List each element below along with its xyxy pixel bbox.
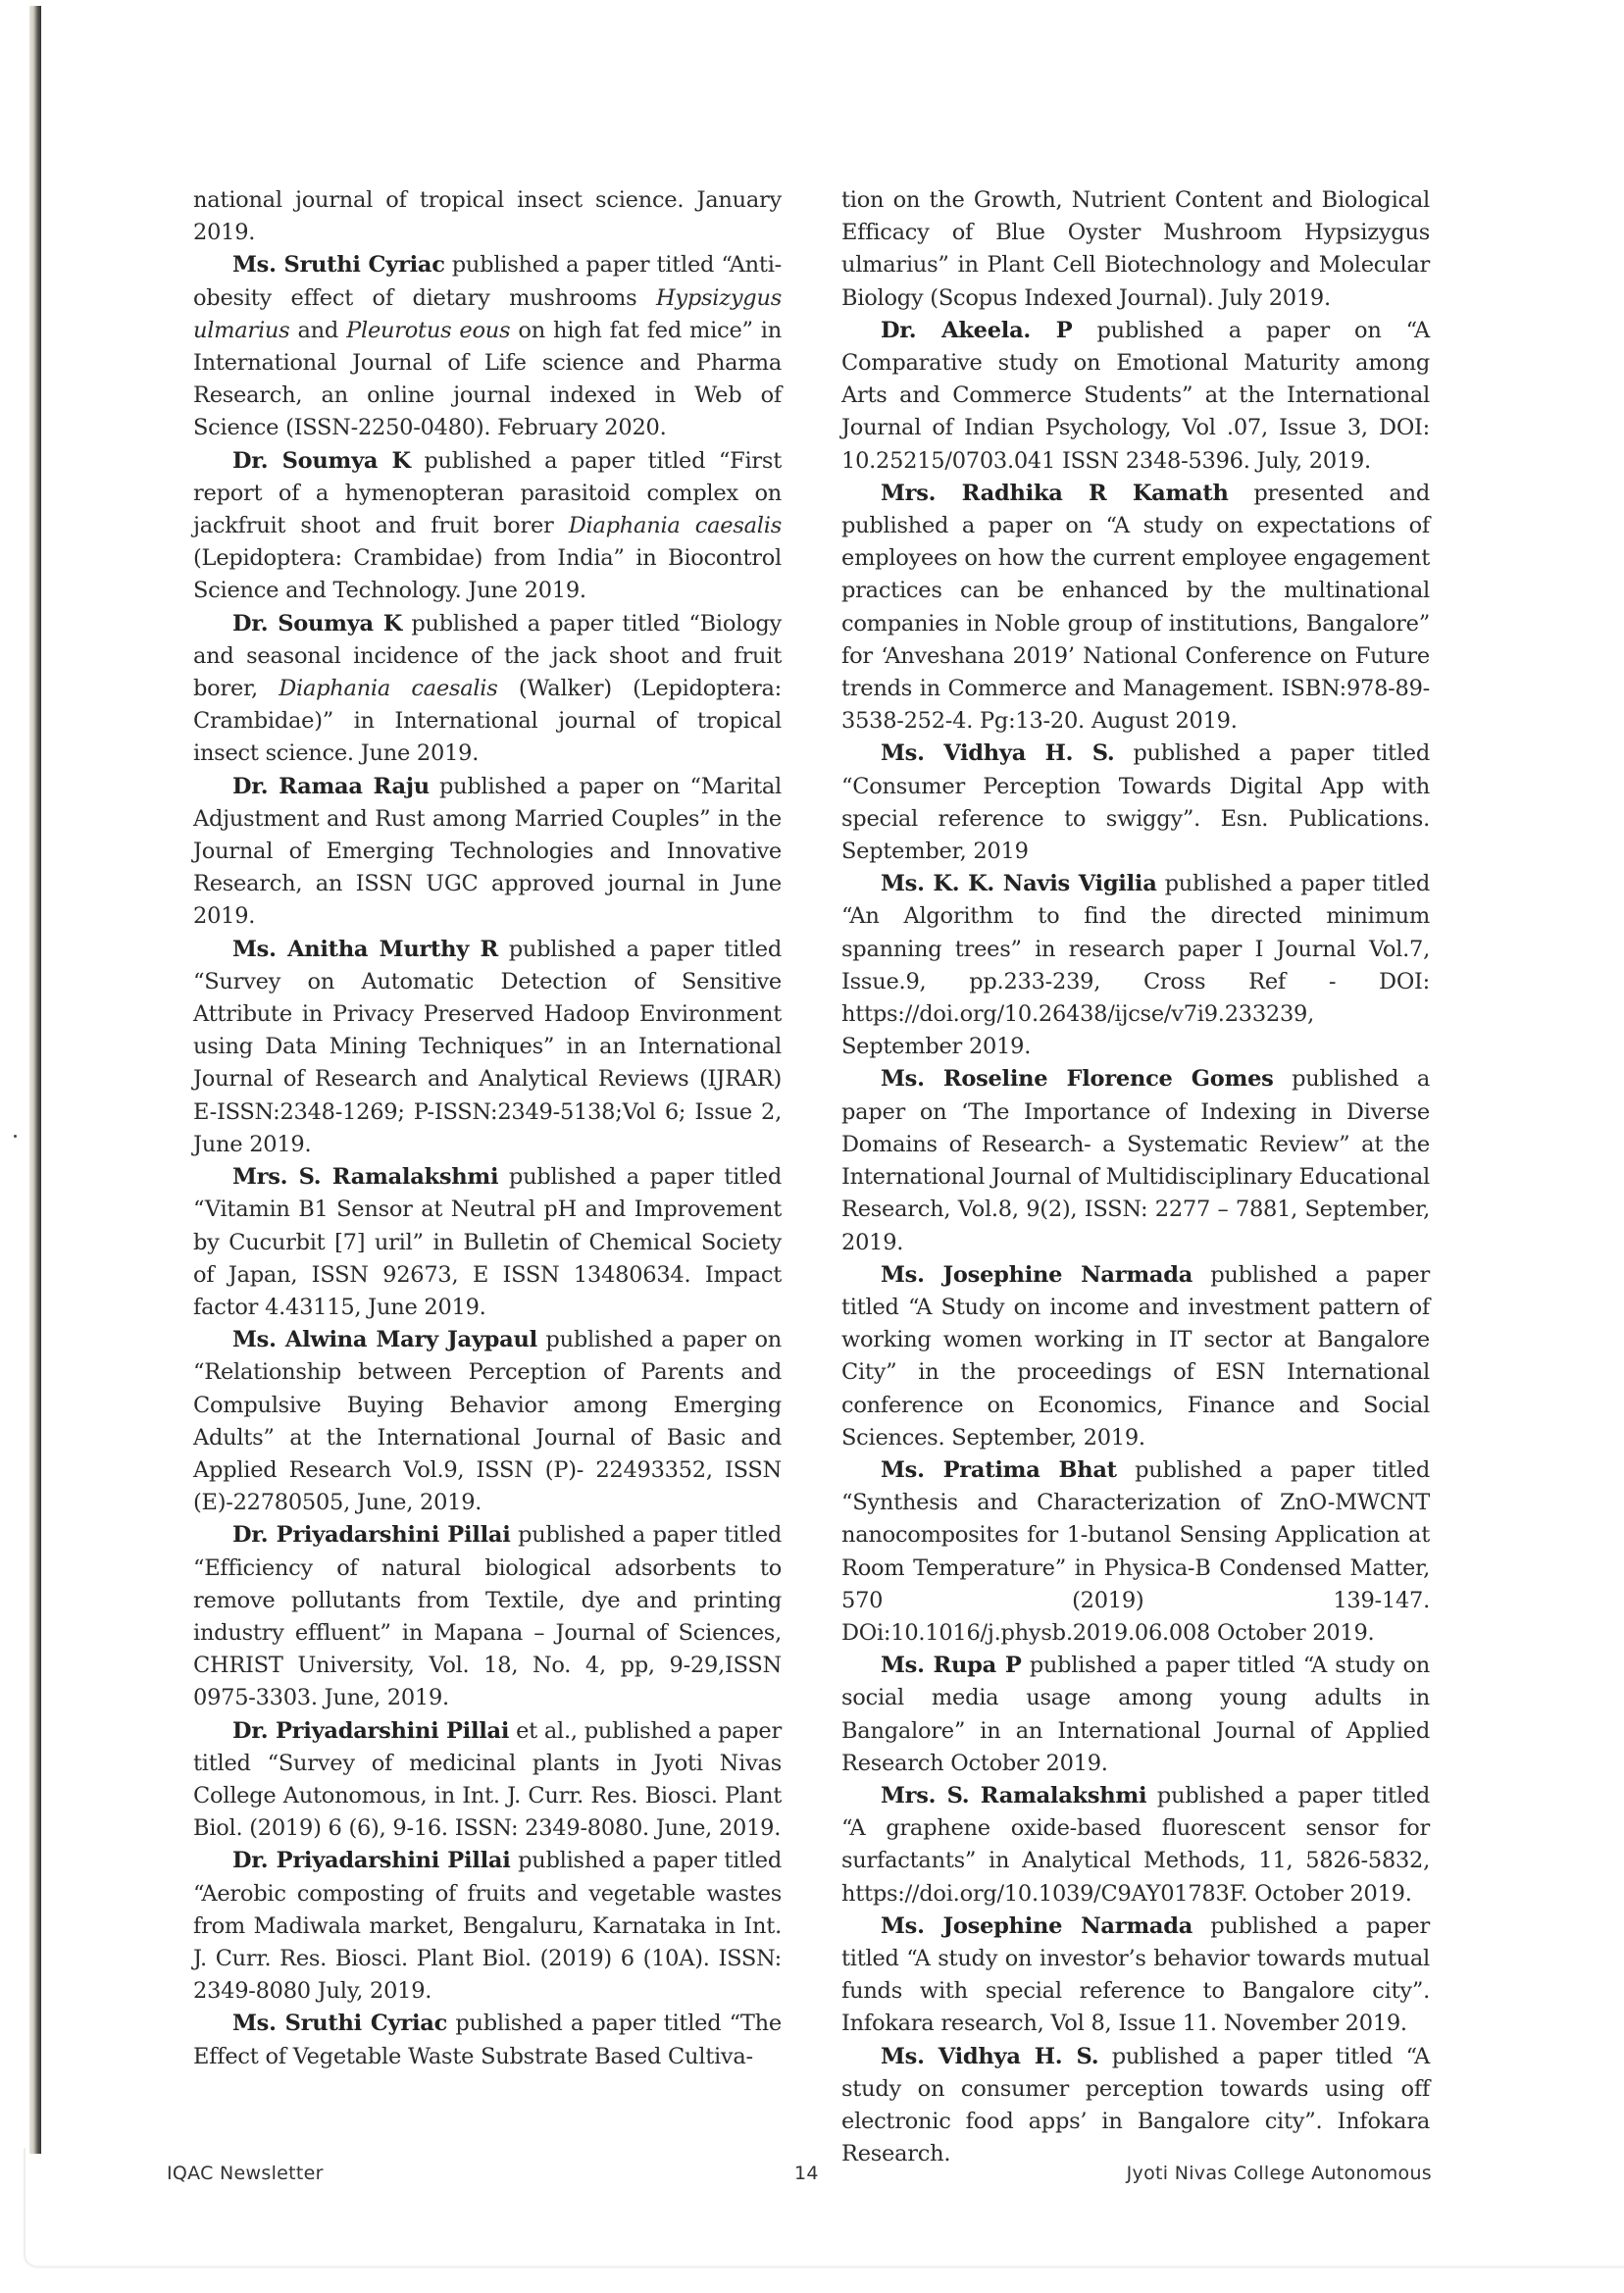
publication-entry: Dr. Ramaa Raju published a paper on “Mar… (193, 771, 782, 934)
author-name: Dr. Priyadarshini Pillai (232, 1848, 511, 1873)
publication-entry: Dr. Priyadarshini Pillai published a pap… (193, 1845, 782, 2008)
scan-speck (14, 1135, 17, 1138)
author-name: Ms. Sruthi Cyriac (232, 252, 445, 278)
newsletter-title: IQAC Newsletter (167, 2163, 324, 2184)
author-name: Ms. Sruthi Cyriac (232, 2011, 447, 2036)
page-footer: IQAC Newsletter 14 Jyoti Nivas College A… (167, 2163, 1432, 2192)
left-column: national journal of tropical insect scie… (193, 184, 782, 2073)
publication-entry: Ms. Josephine Narmada published a paper … (841, 1911, 1430, 2041)
publication-entry: Ms. Rupa P published a paper titled “A s… (841, 1650, 1430, 1780)
author-name: Dr. Soumya K (232, 448, 411, 474)
publication-entry: Ms. K. K. Navis Vigilia published a pape… (841, 868, 1430, 1063)
publication-entry: Dr. Akeela. P published a paper on “A Co… (841, 315, 1430, 478)
scan-border (29, 6, 41, 2154)
publication-entry: Ms. Sruthi Cyriac published a paper titl… (193, 2008, 782, 2072)
author-name: Ms. Rupa P (881, 1653, 1022, 1678)
author-name: Ms. Pratima Bhat (881, 1457, 1117, 1483)
author-name: Dr. Priyadarshini Pillai (232, 1522, 511, 1548)
college-name: Jyoti Nivas College Autonomous (1127, 2163, 1432, 2184)
publication-entry: Dr. Priyadarshini Pillai et al., publish… (193, 1715, 782, 1846)
publication-entry: Ms. Roseline Florence Gomes published a … (841, 1063, 1430, 1258)
author-name: Ms. K. K. Navis Vigilia (881, 871, 1157, 896)
publication-entry: Mrs. S. Ramalakshmi published a paper ti… (193, 1161, 782, 1324)
author-name: Ms. Vidhya H. S. (881, 2044, 1098, 2069)
publication-entry: Ms. Josephine Narmada published a paper … (841, 1259, 1430, 1454)
author-name: Ms. Josephine Narmada (881, 1913, 1193, 1939)
author-name: Ms. Vidhya H. S. (881, 740, 1114, 766)
publication-entry: Dr. Soumya K published a paper titled “F… (193, 445, 782, 608)
author-name: Dr. Priyadarshini Pillai (232, 1718, 509, 1744)
publication-entry: Dr. Priyadarshini Pillai published a pap… (193, 1519, 782, 1714)
publication-entry: Dr. Soumya K published a paper titled “B… (193, 608, 782, 771)
publication-entry: Ms. Alwina Mary Jaypaul published a pape… (193, 1324, 782, 1519)
author-name: Ms. Josephine Narmada (881, 1262, 1193, 1288)
author-name: Mrs. Radhika R Kamath (881, 481, 1229, 506)
author-name: Dr. Akeela. P (881, 318, 1072, 343)
continuation-text: national journal of tropical insect scie… (193, 184, 782, 249)
author-name: Mrs. S. Ramalakshmi (881, 1783, 1146, 1809)
page-number: 14 (794, 2163, 819, 2184)
publication-entry: Ms. Vidhya H. S. published a paper title… (841, 2041, 1430, 2171)
continuation-text: tion on the Growth, Nutrient Content and… (841, 184, 1430, 315)
author-name: Ms. Anitha Murthy R (232, 937, 498, 962)
author-name: Ms. Alwina Mary Jaypaul (232, 1327, 537, 1352)
right-column: tion on the Growth, Nutrient Content and… (841, 184, 1430, 2170)
publication-entry: Ms. Anitha Murthy R published a paper ti… (193, 934, 782, 1161)
publication-entry: Ms. Vidhya H. S. published a paper title… (841, 738, 1430, 868)
publication-entry: Mrs. Radhika R Kamath presented and publ… (841, 478, 1430, 739)
publication-entry: Ms. Sruthi Cyriac published a paper titl… (193, 249, 782, 444)
author-name: Ms. Roseline Florence Gomes (881, 1066, 1274, 1092)
author-name: Dr. Ramaa Raju (232, 774, 430, 799)
publication-entry: Ms. Pratima Bhat published a paper title… (841, 1454, 1430, 1650)
author-name: Mrs. S. Ramalakshmi (232, 1164, 498, 1190)
author-name: Dr. Soumya K (232, 611, 402, 637)
publication-entry: Mrs. S. Ramalakshmi published a paper ti… (841, 1780, 1430, 1911)
